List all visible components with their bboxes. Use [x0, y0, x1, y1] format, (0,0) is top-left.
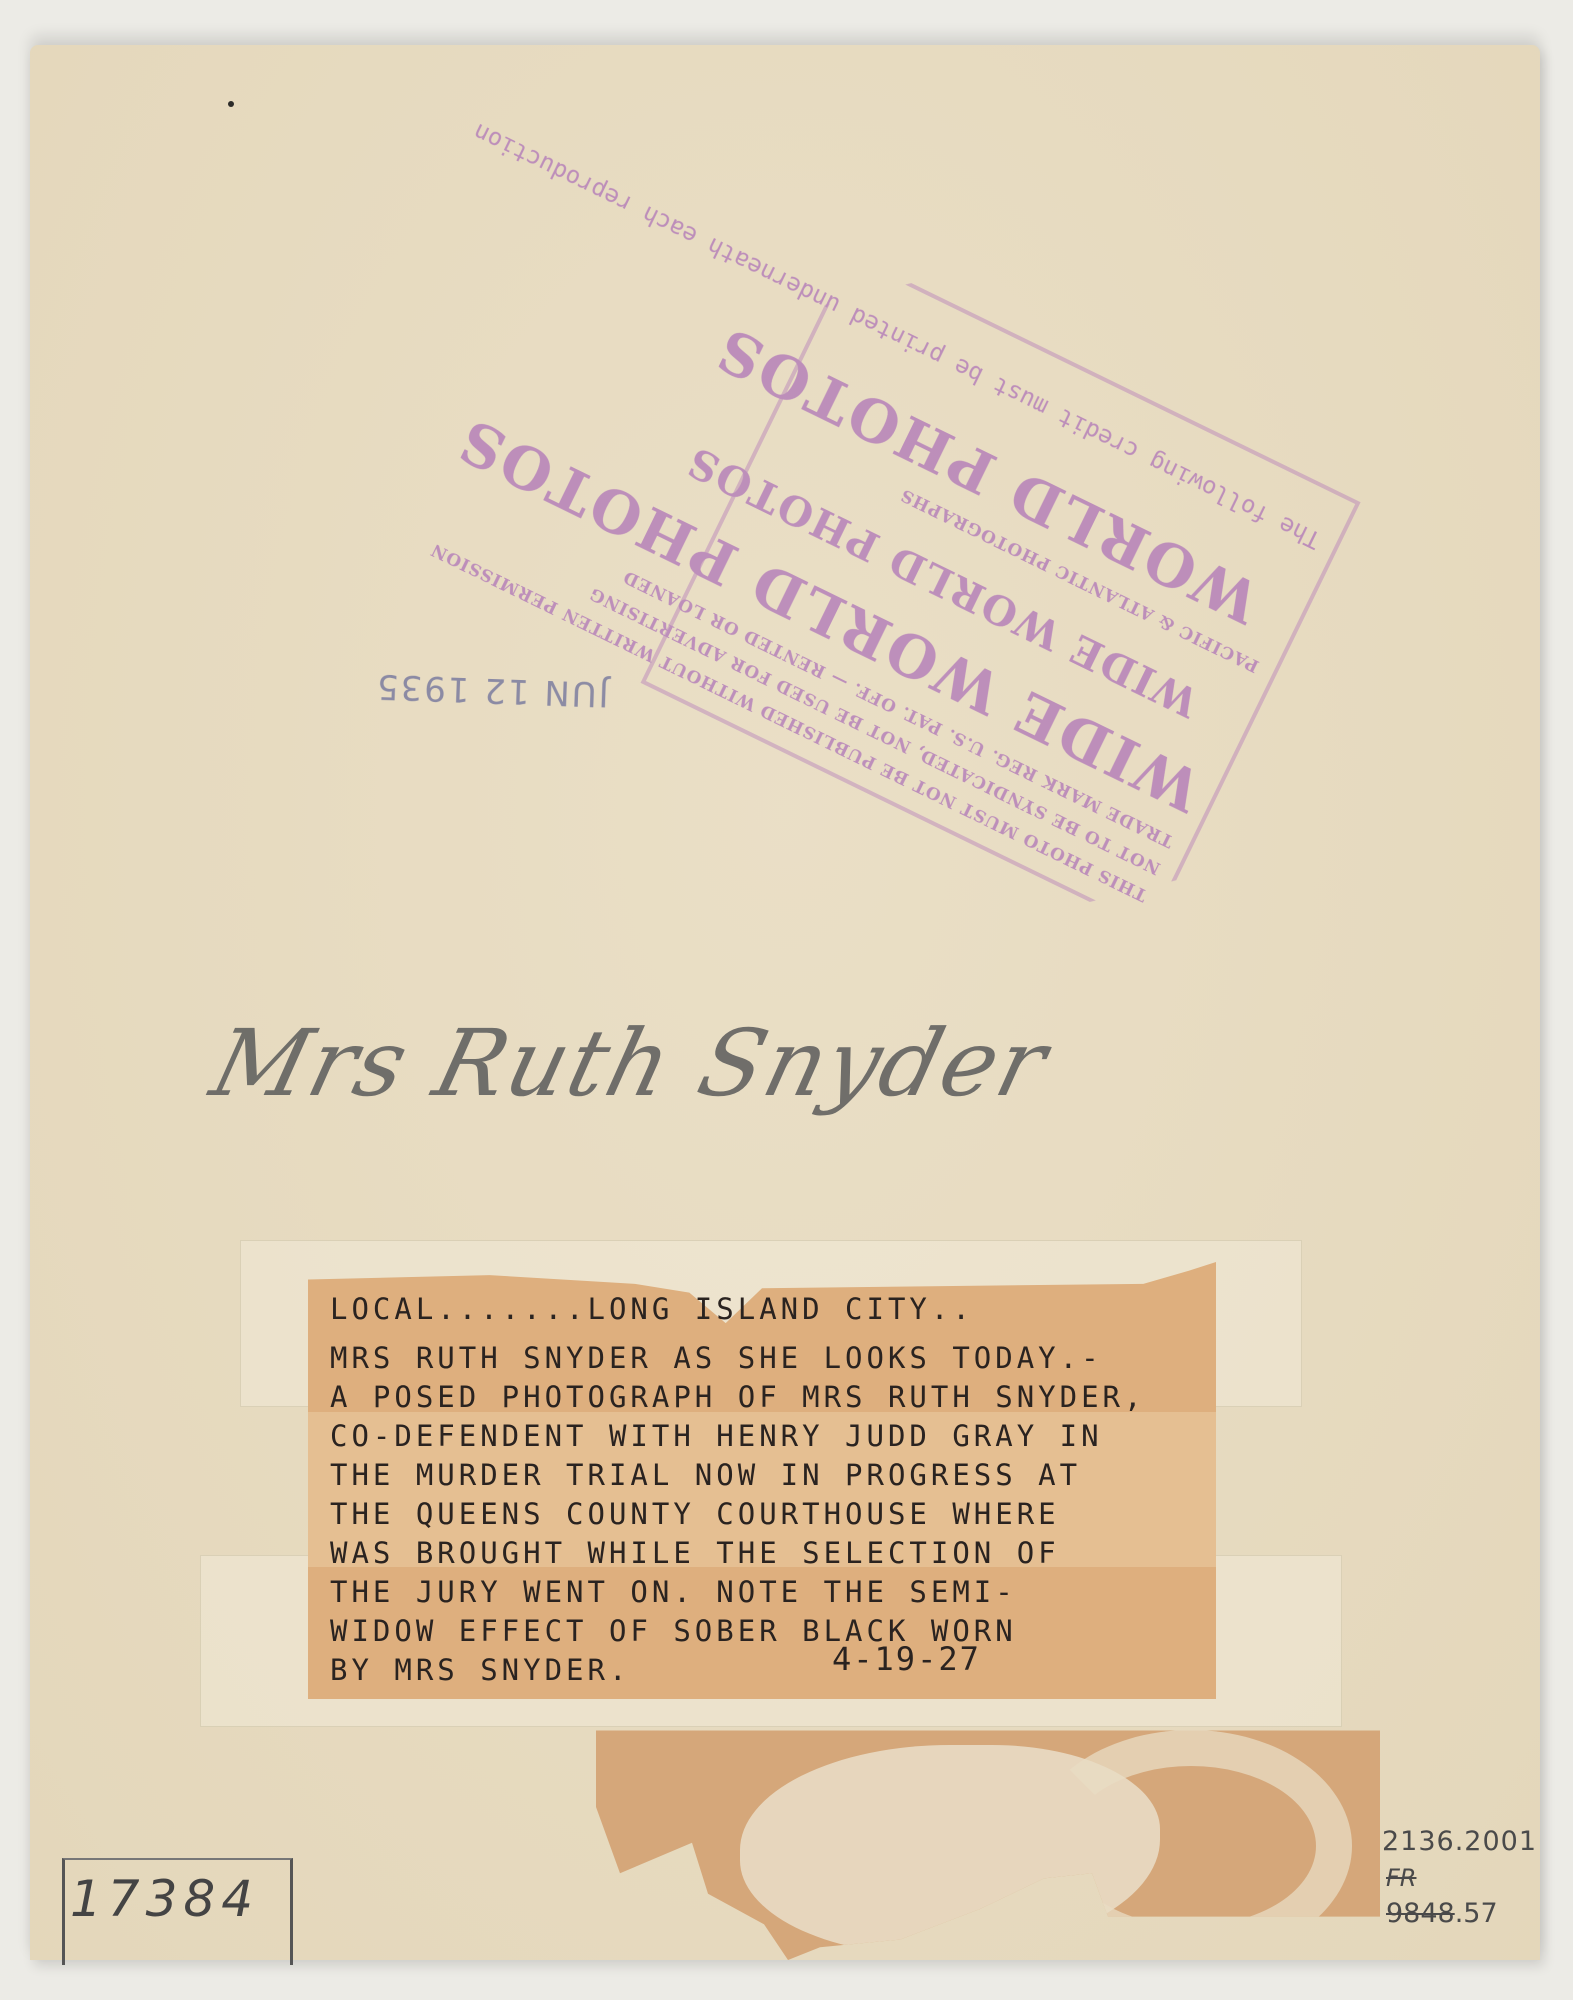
ink-speck — [228, 101, 234, 107]
caption-dateline: LOCAL.......LONG ISLAND CITY.. — [330, 1290, 1210, 1329]
inventory-number: 17384 — [70, 1870, 259, 1928]
received-date-stamp: JUN 12 1935 — [374, 666, 609, 714]
handwritten-name: Mrs Ruth Snyder — [202, 1010, 1059, 1117]
caption-text: LOCAL.......LONG ISLAND CITY.. MRS RUTH … — [330, 1290, 1210, 1690]
caption-line: THE JURY WENT ON. NOTE THE SEMI- — [330, 1573, 1210, 1612]
caption-line: WIDOW EFFECT OF SOBER BLACK WORN — [330, 1612, 1210, 1651]
caption-line: THE QUEENS COUNTY COURTHOUSE WHERE — [330, 1495, 1210, 1534]
caption-line: THE MURDER TRIAL NOW IN PROGRESS AT — [330, 1456, 1210, 1495]
old-number-suffix: .57 — [1455, 1898, 1498, 1929]
caption-line: A POSED PHOTOGRAPH OF MRS RUTH SNYDER, — [330, 1378, 1210, 1417]
caption-line: CO-DEFENDENT WITH HENRY JUDD GRAY IN — [330, 1417, 1210, 1456]
struck-initials: FR — [1386, 1864, 1416, 1892]
accession-number: 2136.2001 — [1382, 1826, 1537, 1857]
old-catalog-number: 9848.57 — [1386, 1898, 1498, 1929]
caption-line: WAS BROUGHT WHILE THE SELECTION OF — [330, 1534, 1210, 1573]
caption-date: 4-19-27 — [832, 1640, 981, 1678]
caption-line: BY MRS SNYDER. — [330, 1651, 1210, 1690]
caption-headline: MRS RUTH SNYDER AS SHE LOOKS TODAY.- — [330, 1339, 1210, 1378]
old-number-struck: 9848 — [1386, 1898, 1455, 1929]
